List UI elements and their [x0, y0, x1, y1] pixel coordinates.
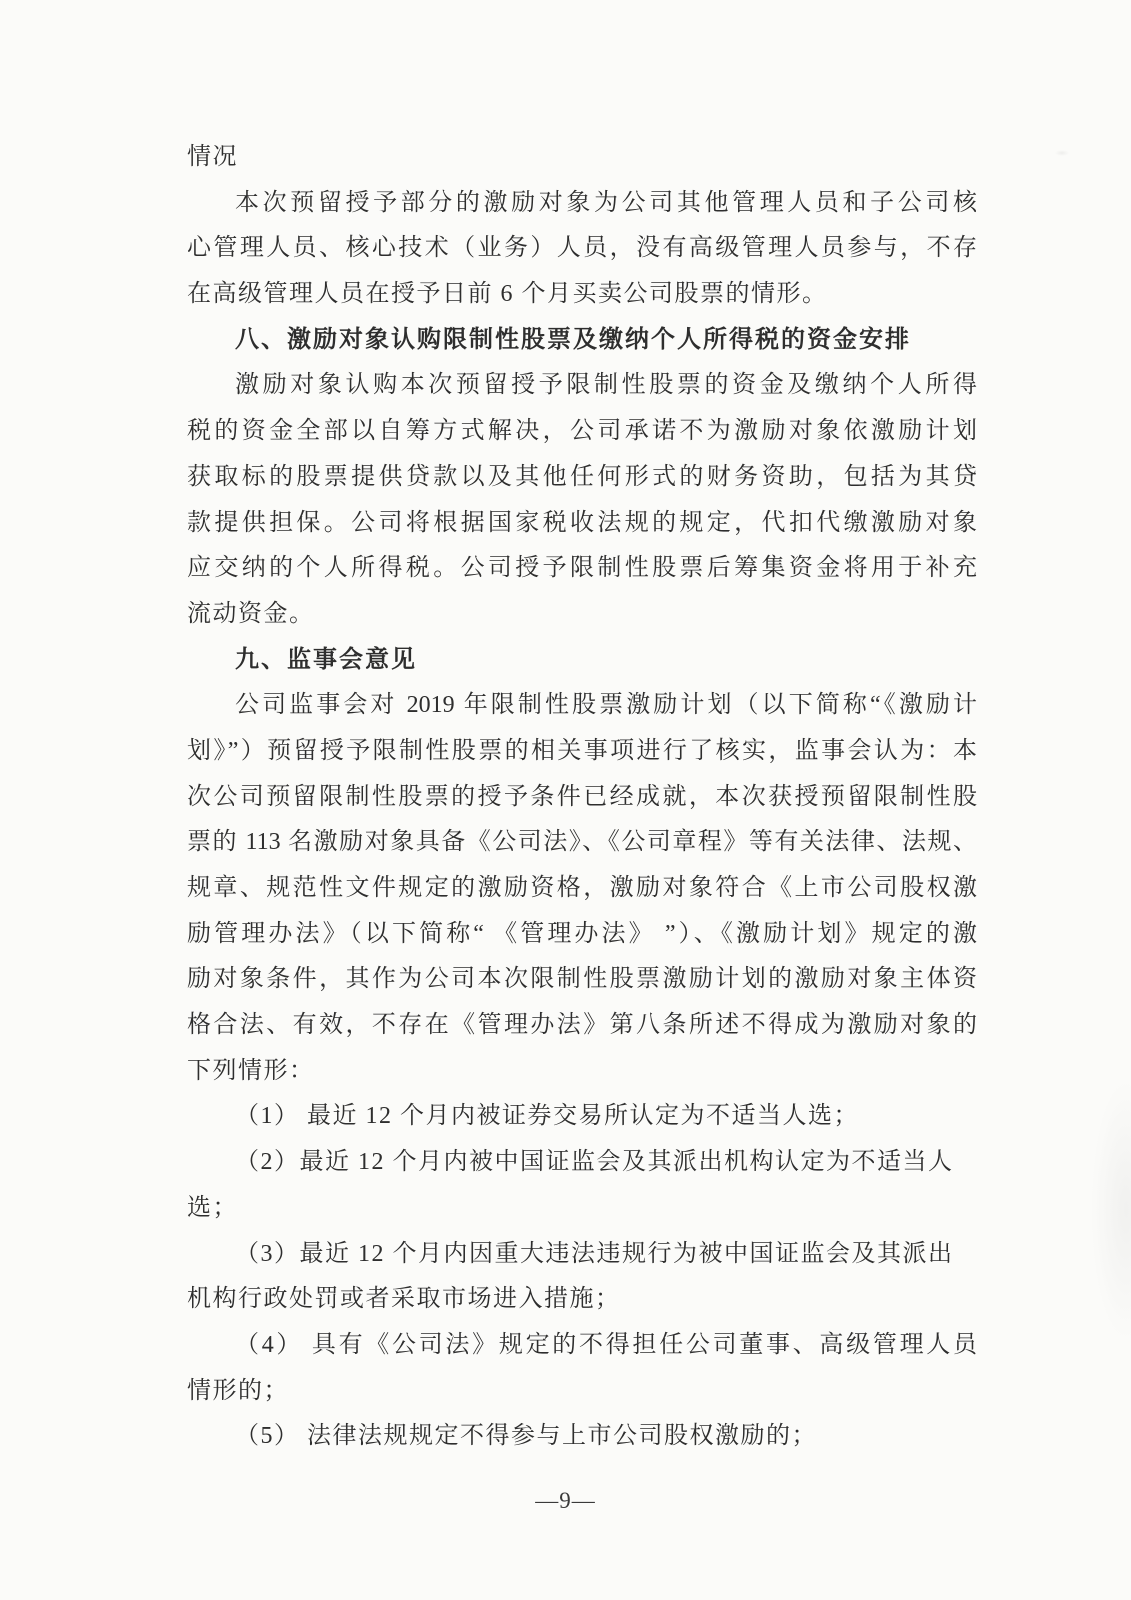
text-line: （2）最近 12 个月内被中国证监会及其派出机构认定为不适当人 [187, 1140, 977, 1186]
text-line: 次公司预留限制性股票的授予条件已经成就，本次获授预留限制性股 [187, 775, 977, 821]
text-block: 情况本次预留授予部分的激励对象为公司其他管理人员和子公司核心管理人员、核心技术（… [187, 135, 977, 1460]
text-line: 票的 113 名激励对象具备《公司法》、《公司章程》等有关法律、法规、 [187, 820, 977, 866]
text-line: 激励对象认购本次预留授予限制性股票的资金及缴纳个人所得 [187, 363, 977, 409]
text-line: 情形的； [187, 1369, 977, 1415]
scan-speck [1055, 150, 1069, 156]
text-line: （5） 法律法规规定不得参与上市公司股权激励的； [187, 1414, 977, 1460]
text-line: （3）最近 12 个月内因重大违法违规行为被中国证监会及其派出 [187, 1232, 977, 1278]
text-line: 心管理人员、核心技术（业务）人员，没有高级管理人员参与，不存 [187, 226, 977, 272]
text-line: （1） 最近 12 个月内被证券交易所认定为不适当人选； [187, 1094, 977, 1140]
text-line: 情况 [187, 135, 977, 181]
scan-smudge [1091, 1080, 1131, 1340]
text-line: （4） 具有《公司法》规定的不得担任公司董事、高级管理人员 [187, 1323, 977, 1369]
text-line: 在高级管理人员在授予日前 6 个月买卖公司股票的情形。 [187, 272, 977, 318]
text-line: 款提供担保。公司将根据国家税收法规的规定，代扣代缴激励对象 [187, 501, 977, 547]
section-heading: 九、监事会意见 [187, 638, 977, 684]
page-number: —9— [0, 1488, 1131, 1514]
text-line: 划》”）预留授予限制性股票的相关事项进行了核实，监事会认为：本 [187, 729, 977, 775]
text-line: 选； [187, 1186, 977, 1232]
text-line: 应交纳的个人所得税。公司授予限制性股票后筹集资金将用于补充 [187, 546, 977, 592]
text-line: 获取标的股票提供贷款以及其他任何形式的财务资助，包括为其贷 [187, 455, 977, 501]
text-line: 流动资金。 [187, 592, 977, 638]
text-line: 规章、规范性文件规定的激励资格，激励对象符合《上市公司股权激 [187, 866, 977, 912]
text-line: 励管理办法》（以下简称“ 《管理办法》 ”）、《激励计划》规定的激 [187, 912, 977, 958]
text-line: 下列情形： [187, 1049, 977, 1095]
text-line: 公司监事会对 2019 年限制性股票激励计划（以下简称“《激励计 [187, 683, 977, 729]
text-line: 格合法、有效，不存在《管理办法》第八条所述不得成为激励对象的 [187, 1003, 977, 1049]
text-line: 励对象条件，其作为公司本次限制性股票激励计划的激励对象主体资 [187, 957, 977, 1003]
text-line: 本次预留授予部分的激励对象为公司其他管理人员和子公司核 [187, 181, 977, 227]
section-heading: 八、激励对象认购限制性股票及缴纳个人所得税的资金安排 [187, 318, 977, 364]
document-page: 情况本次预留授予部分的激励对象为公司其他管理人员和子公司核心管理人员、核心技术（… [0, 0, 1131, 1600]
text-line: 机构行政处罚或者采取市场进入措施； [187, 1277, 977, 1323]
text-line: 税的资金全部以自筹方式解决，公司承诺不为激励对象依激励计划 [187, 409, 977, 455]
